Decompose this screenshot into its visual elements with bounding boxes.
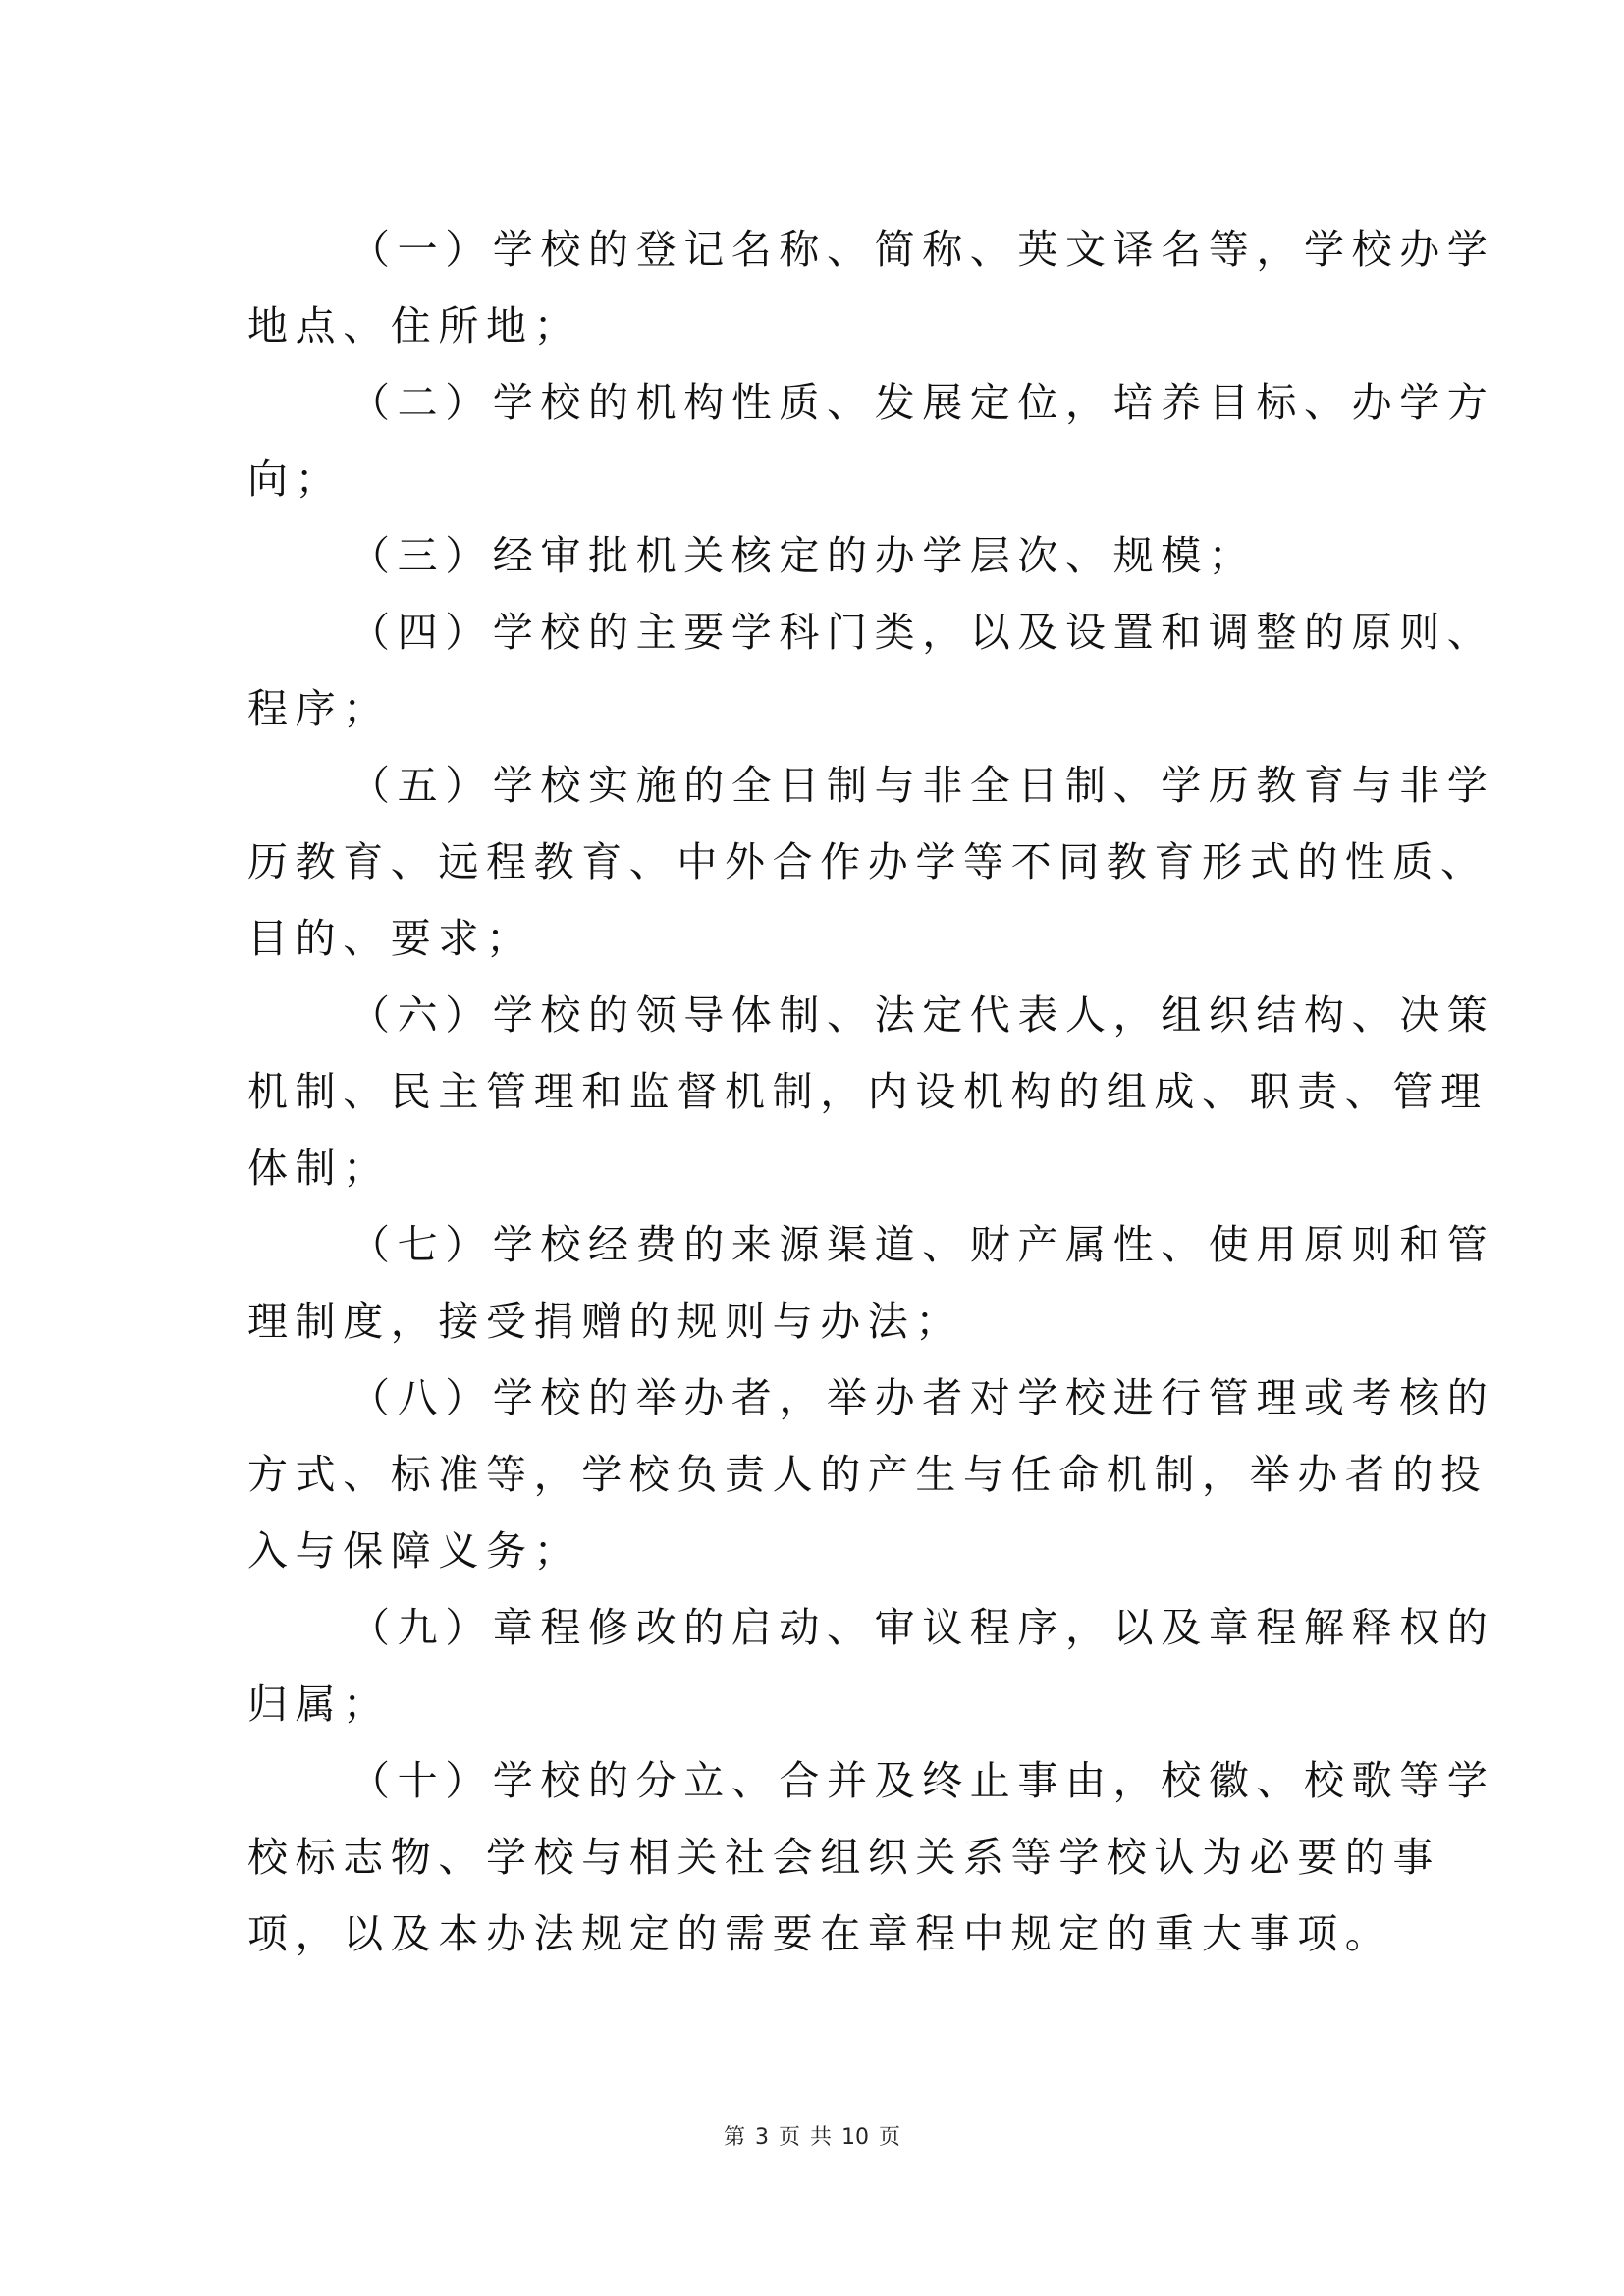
- paragraph-line: 入与保障义务；: [247, 1513, 1396, 1589]
- paragraph-item-4: （四）学校的主要学科门类，以及设置和调整的原则、 程序；: [247, 594, 1396, 747]
- paragraph-line: 程序；: [247, 670, 1396, 747]
- paragraph-line: （二）学校的机构性质、发展定位，培养目标、办学方: [247, 364, 1396, 441]
- paragraph-line: 向；: [247, 441, 1396, 517]
- paragraph-item-9: （九）章程修改的启动、审议程序，以及章程解释权的 归属；: [247, 1589, 1396, 1742]
- paragraph-line: 历教育、远程教育、中外合作办学等不同教育形式的性质、: [247, 824, 1396, 900]
- footer-page-word: 页: [779, 2125, 800, 2150]
- paragraph-line: 目的、要求；: [247, 900, 1396, 977]
- paragraph-line: （十）学校的分立、合并及终止事由，校徽、校歌等学: [247, 1742, 1396, 1819]
- paragraph-item-2: （二）学校的机构性质、发展定位，培养目标、办学方 向；: [247, 364, 1396, 517]
- paragraph-line: 地点、住所地；: [247, 288, 1396, 364]
- paragraph-item-5: （五）学校实施的全日制与非全日制、学历教育与非学 历教育、远程教育、中外合作办学…: [247, 747, 1396, 977]
- paragraph-item-7: （七）学校经费的来源渠道、财产属性、使用原则和管 理制度，接受捐赠的规则与办法；: [247, 1206, 1396, 1360]
- page-footer: 第3页共10页: [0, 2120, 1624, 2151]
- document-page: （一）学校的登记名称、简称、英文译名等，学校办学 地点、住所地； （二）学校的机…: [0, 0, 1624, 2296]
- paragraph-line: 校标志物、学校与相关社会组织关系等学校认为必要的事: [247, 1819, 1396, 1896]
- paragraph-line: （八）学校的举办者，举办者对学校进行管理或考核的: [247, 1360, 1396, 1436]
- paragraph-line: 理制度，接受捐赠的规则与办法；: [247, 1283, 1396, 1360]
- paragraph-line: 归属；: [247, 1666, 1396, 1742]
- paragraph-line: （六）学校的领导体制、法定代表人，组织结构、决策: [247, 977, 1396, 1053]
- total-pages-number: 10: [841, 2125, 869, 2150]
- paragraph-line: 体制；: [247, 1130, 1396, 1206]
- document-body: （一）学校的登记名称、简称、英文译名等，学校办学 地点、住所地； （二）学校的机…: [247, 211, 1396, 1972]
- footer-prefix: 第: [724, 2125, 745, 2150]
- paragraph-line: （一）学校的登记名称、简称、英文译名等，学校办学: [247, 211, 1396, 288]
- paragraph-item-3: （三）经审批机关核定的办学层次、规模；: [247, 517, 1396, 594]
- paragraph-line: 方式、标准等，学校负责人的产生与任命机制，举办者的投: [247, 1436, 1396, 1513]
- footer-suffix: 页: [879, 2125, 900, 2150]
- paragraph-line: （三）经审批机关核定的办学层次、规模；: [247, 517, 1396, 594]
- paragraph-line: （五）学校实施的全日制与非全日制、学历教育与非学: [247, 747, 1396, 824]
- footer-total-word: 共: [810, 2125, 832, 2150]
- paragraph-line: 机制、民主管理和监督机制，内设机构的组成、职责、管理: [247, 1053, 1396, 1130]
- paragraph-item-8: （八）学校的举办者，举办者对学校进行管理或考核的 方式、标准等，学校负责人的产生…: [247, 1360, 1396, 1589]
- paragraph-line: （四）学校的主要学科门类，以及设置和调整的原则、: [247, 594, 1396, 670]
- current-page-number: 3: [755, 2125, 769, 2150]
- paragraph-line: （九）章程修改的启动、审议程序，以及章程解释权的: [247, 1589, 1396, 1666]
- paragraph-line: 项，以及本办法规定的需要在章程中规定的重大事项。: [247, 1896, 1396, 1972]
- paragraph-item-10: （十）学校的分立、合并及终止事由，校徽、校歌等学 校标志物、学校与相关社会组织关…: [247, 1742, 1396, 1972]
- paragraph-item-1: （一）学校的登记名称、简称、英文译名等，学校办学 地点、住所地；: [247, 211, 1396, 364]
- paragraph-line: （七）学校经费的来源渠道、财产属性、使用原则和管: [247, 1206, 1396, 1283]
- paragraph-item-6: （六）学校的领导体制、法定代表人，组织结构、决策 机制、民主管理和监督机制，内设…: [247, 977, 1396, 1206]
